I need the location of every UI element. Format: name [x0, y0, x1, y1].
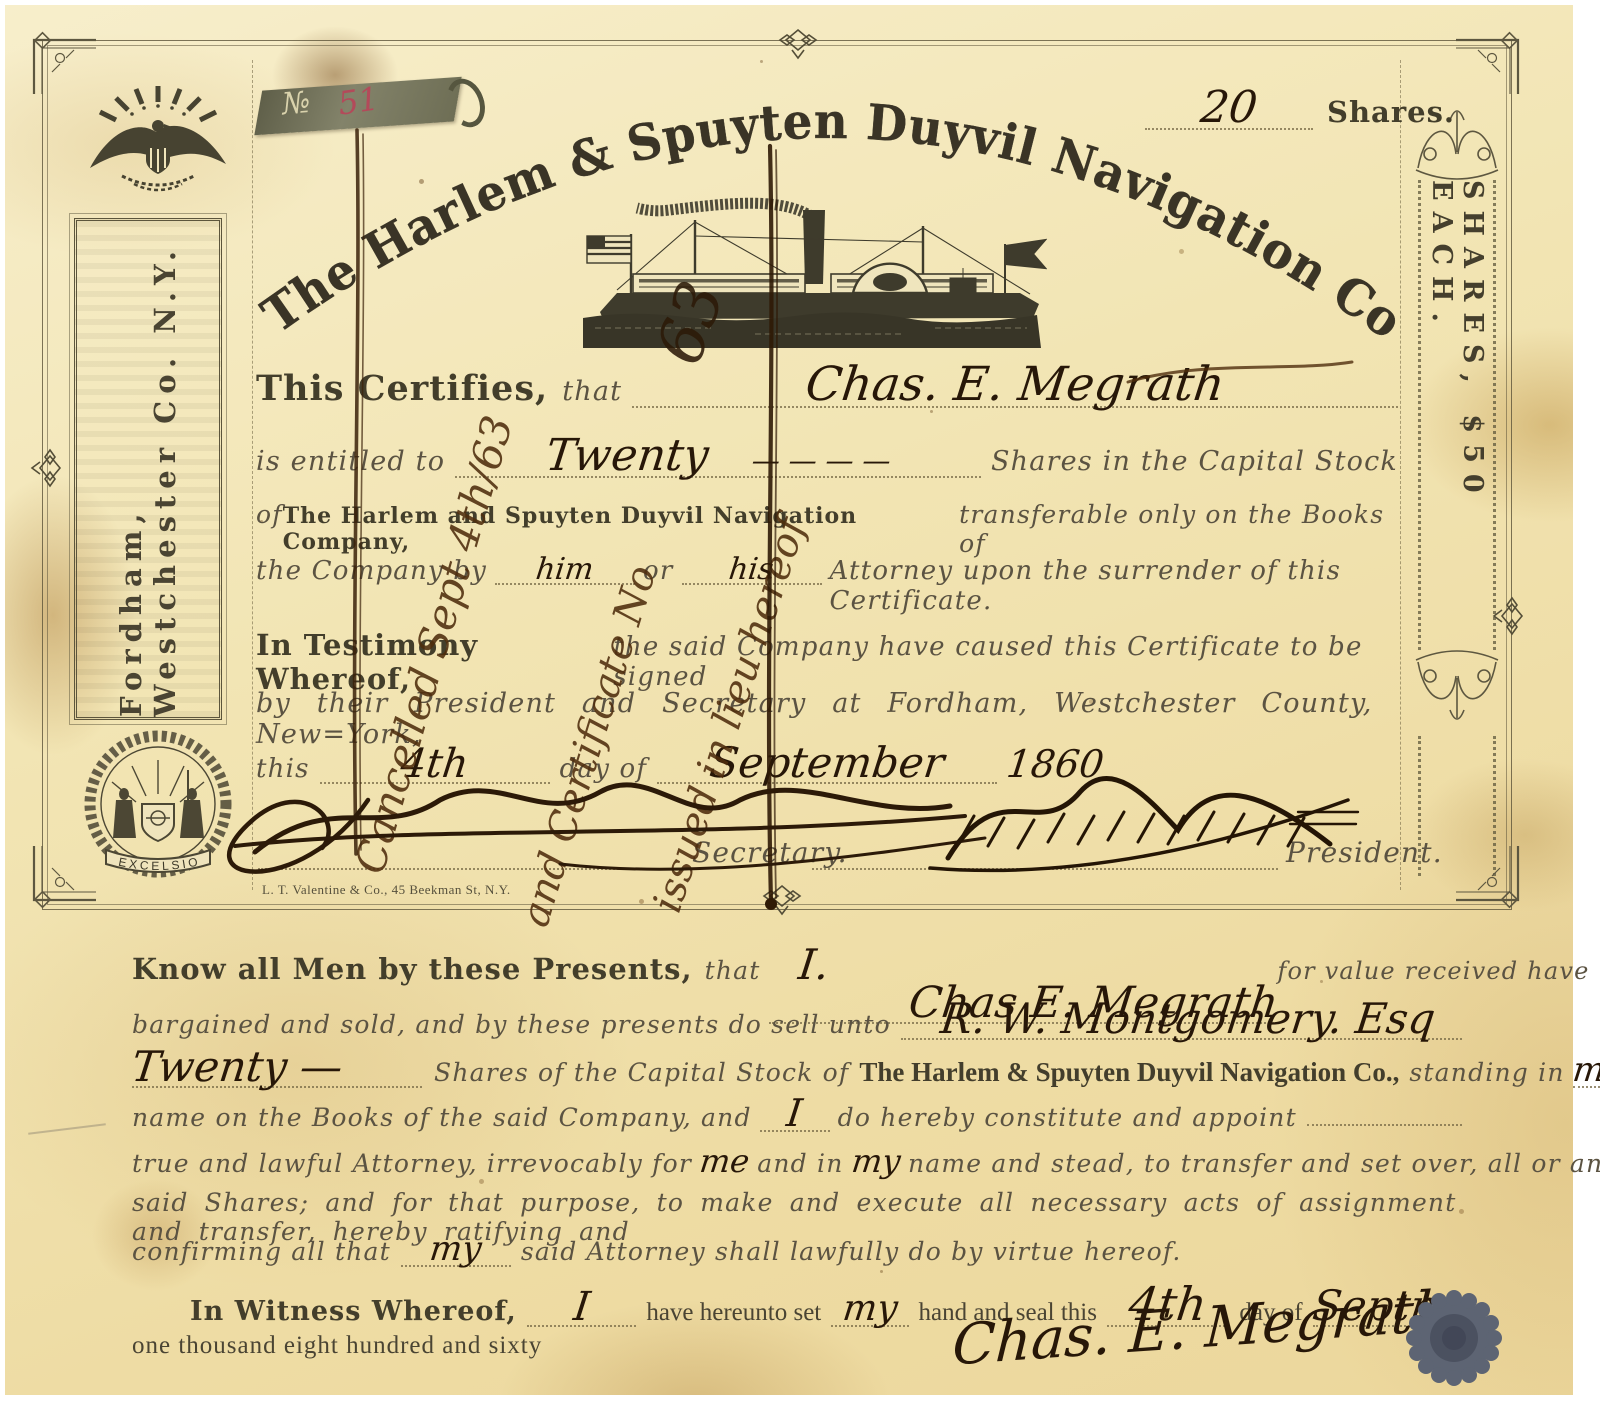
- president-label: President.: [1286, 836, 1443, 869]
- confirming-text: confirming all that: [132, 1237, 391, 1266]
- seller-i: I.: [796, 946, 831, 984]
- shares-count-value: 20: [1199, 88, 1260, 128]
- know-all-men-label: Know all Men by these Presents,: [132, 952, 693, 986]
- entitled-prefix: is entitled to: [256, 446, 445, 477]
- name-and-stead-text: name and stead, to transfer and set over…: [908, 1149, 1600, 1178]
- left-border-panel: Fordham, Westchester Co. N.Y.: [74, 218, 222, 720]
- i-value-2: I: [785, 1096, 804, 1130]
- diamond-ornament-icon: [762, 884, 802, 916]
- year-value: 1860: [1005, 742, 1107, 786]
- my-value-1: my: [1571, 1055, 1600, 1086]
- rosette-seal-icon: [1398, 1282, 1510, 1394]
- secretary-label: Secretary.: [692, 836, 848, 869]
- this-word: this: [256, 754, 310, 784]
- transferable-text: transferable only on the Books of: [959, 500, 1398, 558]
- diamond-ornament-icon: [778, 28, 818, 60]
- entitled-dashes: — — — —: [750, 448, 892, 473]
- transfer-shares-value: Twenty —: [130, 1048, 345, 1086]
- capital-stock-text: Shares of the Capital Stock of: [434, 1058, 849, 1087]
- company-name-blackletter: The Harlem and Spuyten Duyvil Navigation…: [283, 503, 959, 555]
- of-word: of: [256, 500, 283, 529]
- constitute-appoint-text: do hereby constitute and appoint: [838, 1103, 1297, 1132]
- and-in-text: and in: [757, 1149, 843, 1178]
- steamship-engraving: [575, 186, 1047, 354]
- attorney-text: Attorney upon the surrender of this Cert…: [830, 556, 1398, 616]
- secretary-signature-line: [258, 868, 686, 870]
- entitled-shares-value: Twenty: [543, 436, 710, 476]
- corner-ornament-icon: [30, 842, 100, 912]
- company-name-printed: The Harlem & Spuyten Duyvil Navigation C…: [859, 1057, 1399, 1088]
- month-value: September: [708, 744, 947, 782]
- foxing-specks: [0, 0, 3, 3]
- that-word: that: [705, 956, 761, 985]
- i-value-3: I: [571, 1289, 591, 1325]
- standing-in-text: standing in: [1409, 1058, 1564, 1087]
- sell-unto-text: bargained and sold, and by these present…: [132, 1010, 891, 1039]
- my-value-3: my: [428, 1234, 483, 1265]
- printer-credit: L. T. Valentine & Co., 45 Beekman St, N.…: [262, 882, 511, 898]
- lawful-attorney-text: true and lawful Attorney, irrevocably fo…: [132, 1149, 692, 1178]
- me-value: me: [698, 1142, 752, 1180]
- corner-ornament-icon: [1452, 28, 1522, 98]
- right-border-chain: SHARES, $50 EACH.: [1418, 180, 1496, 650]
- corner-ornament-icon: [1452, 842, 1522, 912]
- right-border-column: SHARES, $50 EACH.: [1408, 94, 1506, 886]
- crest-ornament-icon: [1408, 650, 1506, 736]
- corner-ornament-icon: [30, 28, 100, 98]
- year-words: one thousand eight hundred and sixty: [132, 1332, 542, 1360]
- number-value: 51: [336, 79, 382, 122]
- my-value-2: my: [849, 1142, 902, 1180]
- holder-name: Chas. E. Megrath: [803, 364, 1226, 406]
- books-of-company-text: name on the Books of the said Company, a…: [132, 1103, 752, 1132]
- left-border-location-text: Fordham, Westchester Co. N.Y.: [114, 221, 182, 717]
- stock-certificate-scan: Fordham, Westchester Co. N.Y. EXCELSIOR …: [0, 0, 1600, 1406]
- certifies-label: This Certifies,: [256, 368, 548, 409]
- lawfully-do-text: said Attorney shall lawfully do by virtu…: [521, 1237, 1182, 1266]
- him-value: him: [535, 556, 596, 583]
- number-label: №: [281, 85, 312, 122]
- president-signature-line: [812, 868, 1278, 870]
- hereunto-set-text: have hereunto set: [646, 1299, 821, 1327]
- buyer-name: R. W. Montgomery. Esq: [939, 1000, 1438, 1038]
- eagle-emblem-icon: [82, 72, 234, 204]
- entitled-suffix: Shares in the Capital Stock: [991, 446, 1398, 477]
- diamond-ornament-icon: [1492, 596, 1524, 636]
- shares-label: Shares.: [1327, 95, 1455, 129]
- witness-label: In Witness Whereof,: [190, 1296, 517, 1327]
- value-received-text: for value received have: [1277, 957, 1589, 985]
- right-border-shares-text: SHARES, $50 EACH.: [1426, 180, 1488, 650]
- my-value-4: my: [841, 1293, 899, 1325]
- certifies-that: that: [562, 376, 622, 407]
- diamond-ornament-icon: [30, 448, 62, 488]
